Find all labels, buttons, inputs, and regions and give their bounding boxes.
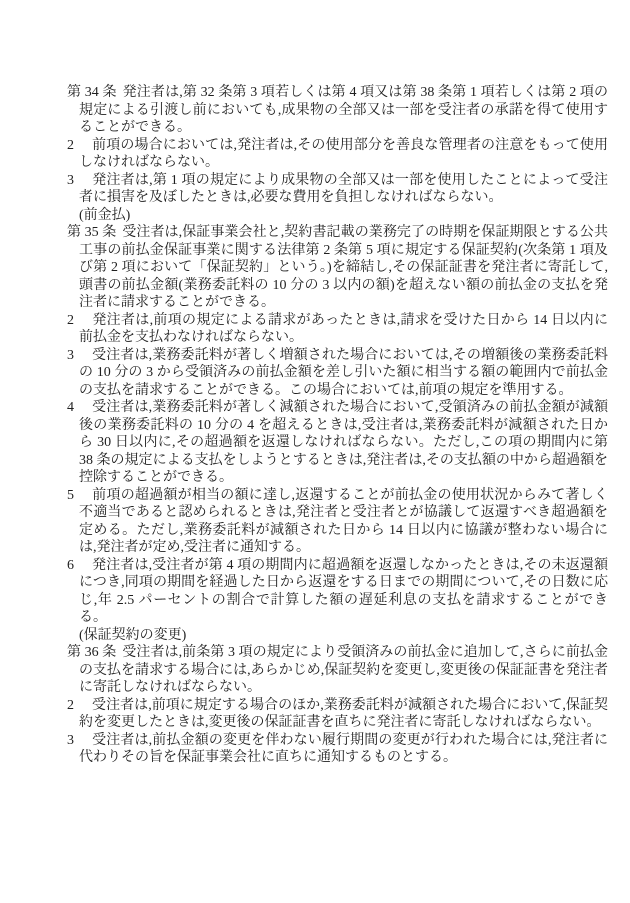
item-paragraph: 4受注者は,業務委託料が著しく減額された場合において,受領済みの前払金額が減額後… [67, 399, 608, 487]
item-number: 2 [67, 137, 92, 155]
paragraph-text: (前金払) [79, 208, 130, 223]
item-paragraph: 6発注者は,受注者が第 4 項の期間内に超過額を返還しなかったときは,その未返還… [67, 557, 608, 627]
paragraph-text: (保証契約の変更) [79, 628, 186, 643]
item-paragraph: 3受注者は,前払金額の変更を伴わない履行期間の変更が行われた場合には,発注者に代… [67, 732, 608, 767]
paragraph-text: 受注者は,業務委託料が著しく減額された場合において,受領済みの前払金額が減額後の… [79, 400, 608, 485]
item-number: 3 [67, 347, 92, 365]
document-body: 第 34 条発注者は,第 32 条第 3 項若しくは第 4 項又は第 38 条第… [67, 84, 608, 767]
item-number: 2 [67, 697, 92, 715]
item-paragraph: 2発注者は,前項の規定による請求があったときは,請求を受けた日から 14 日以内… [67, 312, 608, 347]
item-paragraph: 3発注者は,第 1 項の規定により成果物の全部又は一部を使用したことによって受注… [67, 172, 608, 207]
paragraph-text: 前項の場合においては,発注者は,その使用部分を善良な管理者の注意をもって使用しな… [79, 138, 608, 171]
article-paragraph: 第 36 条受注者は,前条第 3 項の規定により受領済みの前払金に追加して,さら… [67, 644, 608, 697]
item-number: 6 [67, 557, 92, 575]
article-paragraph: 第 34 条発注者は,第 32 条第 3 項若しくは第 4 項又は第 38 条第… [67, 84, 608, 137]
paragraph-text: 受注者は,前条第 3 項の規定により受領済みの前払金に追加して,さらに前払金の支… [79, 645, 608, 695]
section-heading: (保証契約の変更) [67, 627, 608, 645]
article-number: 第 35 条 [67, 225, 116, 240]
article-paragraph: 第 35 条受注者は,保証事業会社と,契約書記載の業務完了の時期を保証期限とする… [67, 224, 608, 312]
paragraph-text: 受注者は,保証事業会社と,契約書記載の業務完了の時期を保証期限とする公共工事の前… [79, 225, 608, 310]
item-paragraph: 5前項の超過額が相当の額に達し,返還することが前払金の使用状況からみて著しく不適… [67, 487, 608, 557]
paragraph-text: 発注者は,第 32 条第 3 項若しくは第 4 項又は第 38 条第 1 項若し… [79, 85, 608, 135]
paragraph-text: 前項の超過額が相当の額に達し,返還することが前払金の使用状況からみて著しく不適当… [79, 488, 608, 556]
paragraph-text: 受注者は,業務委託料が著しく増額された場合においては,その増額後の業務委託料の … [79, 348, 608, 398]
paragraph-text: 発注者は,前項の規定による請求があったときは,請求を受けた日から 14 日以内に… [79, 313, 608, 346]
paragraph-text: 発注者は,第 1 項の規定により成果物の全部又は一部を使用したことによって受注者… [79, 173, 608, 206]
section-heading: (前金払) [67, 207, 608, 225]
item-number: 3 [67, 732, 92, 750]
item-paragraph: 3受注者は,業務委託料が著しく増額された場合においては,その増額後の業務委託料の… [67, 347, 608, 400]
article-number: 第 34 条 [67, 85, 117, 100]
paragraph-text: 受注者は,前項に規定する場合のほか,業務委託料が減額された場合において,保証契約… [79, 698, 608, 731]
item-number: 2 [67, 312, 92, 330]
article-number: 第 36 条 [67, 645, 116, 660]
item-number: 4 [67, 399, 92, 417]
item-number: 3 [67, 172, 92, 190]
item-paragraph: 2受注者は,前項に規定する場合のほか,業務委託料が減額された場合において,保証契… [67, 697, 608, 732]
paragraph-text: 受注者は,前払金額の変更を伴わない履行期間の変更が行われた場合には,発注者に代わ… [79, 733, 608, 766]
item-number: 5 [67, 487, 92, 505]
item-paragraph: 2前項の場合においては,発注者は,その使用部分を善良な管理者の注意をもって使用し… [67, 137, 608, 172]
document-page: 第 34 条発注者は,第 32 条第 3 項若しくは第 4 項又は第 38 条第… [0, 0, 630, 903]
paragraph-text: 発注者は,受注者が第 4 項の期間内に超過額を返還しなかったときは,その未返還額… [79, 558, 608, 626]
